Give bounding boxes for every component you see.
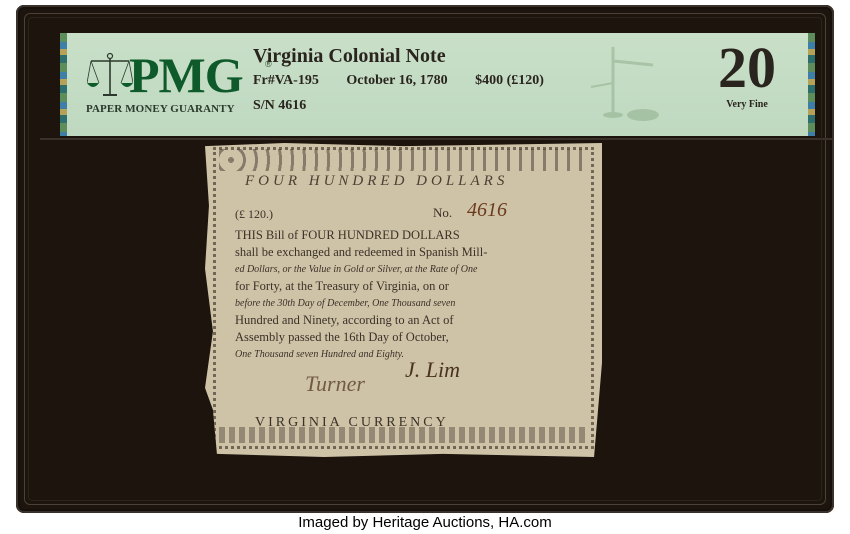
registered-mark: ® xyxy=(265,59,272,69)
note-body-line: THIS Bill of FOUR HUNDRED DOLLARS xyxy=(235,227,487,244)
serial-number: S/N 4616 xyxy=(253,98,306,114)
hologram-strip-left xyxy=(60,33,67,136)
note-body-text: THIS Bill of FOUR HUNDRED DOLLARS shall … xyxy=(235,227,487,363)
note-body-line: for Forty, at the Treasury of Virginia, … xyxy=(235,278,487,295)
denomination: $400 (£120) xyxy=(475,73,544,88)
note-meta: Fr#VA-195 October 16, 1780 $400 (£120) xyxy=(253,73,568,89)
pmg-logo: PMG ® xyxy=(87,51,257,101)
signature-primary: J. Lim xyxy=(405,357,460,383)
note-heading: FOUR HUNDRED DOLLARS xyxy=(245,173,508,190)
grade-description: Very Fine xyxy=(707,99,787,110)
note-body-line: before the 30th Day of December, One Tho… xyxy=(235,295,487,312)
note-bottom-ornament xyxy=(219,427,588,443)
note-body-line: shall be exchanged and redeemed in Spani… xyxy=(235,244,487,261)
note-serial-handwritten: 4616 xyxy=(467,199,507,222)
note-number-label: No. xyxy=(433,205,452,221)
scales-of-justice-icon xyxy=(87,51,133,99)
grade-number: 20 xyxy=(707,39,787,97)
note-title: Virginia Colonial Note xyxy=(253,45,446,68)
note-body-line: ed Dollars, or the Value in Gold or Silv… xyxy=(235,261,487,278)
pmg-tagline: PAPER MONEY GUARANTY xyxy=(86,103,235,115)
issue-date: October 16, 1780 xyxy=(346,73,447,88)
pmg-grading-label: PMG ® PAPER MONEY GUARANTY Virginia Colo… xyxy=(60,33,815,136)
label-divider xyxy=(40,138,834,140)
scales-watermark-icon xyxy=(583,39,673,129)
note-body-line: Hundred and Ninety, according to an Act … xyxy=(235,312,487,329)
image-credit: Imaged by Heritage Auctions, HA.com xyxy=(0,514,850,531)
colonial-banknote: FOUR HUNDRED DOLLARS (£ 120.) No. 4616 T… xyxy=(205,143,602,457)
signature-secondary: Turner xyxy=(305,371,365,397)
note-top-ornament xyxy=(219,149,588,171)
pmg-wordmark: PMG xyxy=(129,47,243,103)
note-amount: (£ 120.) xyxy=(235,207,273,222)
hologram-strip-right xyxy=(808,33,815,136)
catalog-number: Fr#VA-195 xyxy=(253,73,319,88)
note-body-line: Assembly passed the 16th Day of October, xyxy=(235,329,487,346)
